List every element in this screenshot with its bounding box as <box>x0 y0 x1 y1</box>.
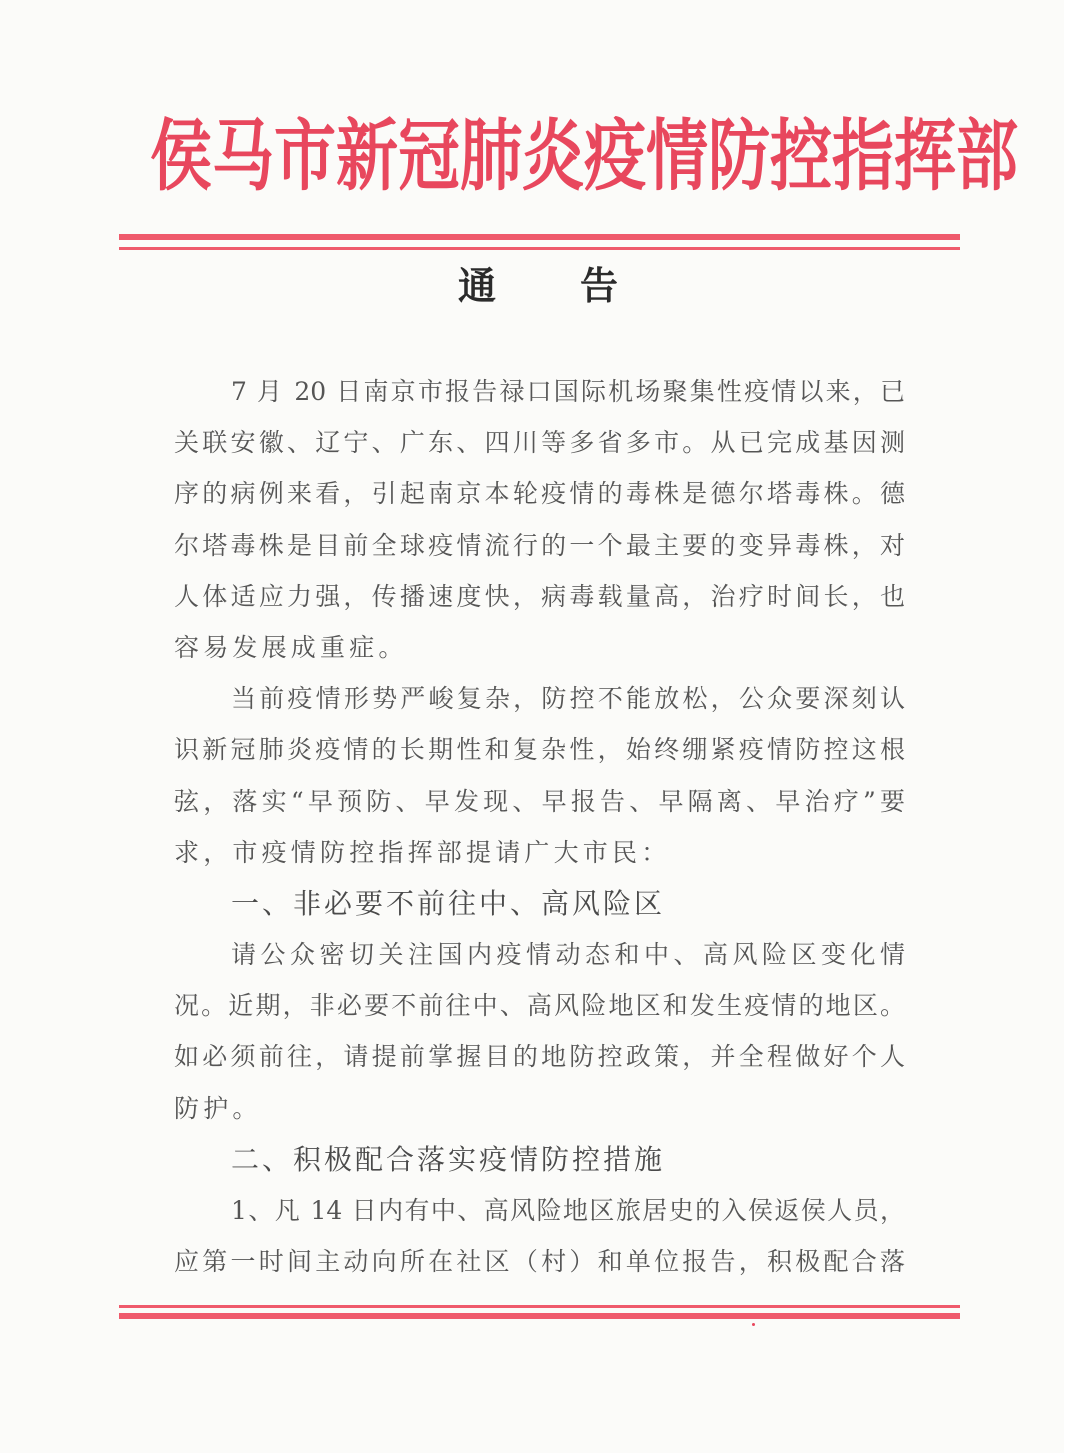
paragraph-line: 人体适应力强，传播速度快，病毒载量高，治疗时间长，也 <box>174 571 905 622</box>
document-page: 侯马市新冠肺炎疫情防控指挥部 通 告 7 月 20 日南京市报告禄口国际机场聚集… <box>0 0 1064 1453</box>
paragraph-line: 应第一时间主动向所在社区（村）和单位报告，积极配合落 <box>174 1236 905 1287</box>
paragraph-line: 1、凡 14 日内有中、高风险地区旅居史的入侯返侯人员， <box>174 1185 905 1236</box>
paragraph-line: 关联安徽、辽宁、广东、四川等多省多市。从已完成基因测 <box>174 417 905 468</box>
notice-title: 通 告 <box>458 262 618 310</box>
paragraph-line: 7 月 20 日南京市报告禄口国际机场聚集性疫情以来，已 <box>174 366 905 417</box>
paragraph-line: 序的病例来看，引起南京本轮疫情的毒株是德尔塔毒株。德 <box>174 468 905 519</box>
paragraph-line: 当前疫情形势严峻复杂，防控不能放松，公众要深刻认 <box>174 673 905 724</box>
header-rule-thin <box>119 247 960 250</box>
section-heading-1: 一、非必要不前往中、高风险区 <box>174 878 905 929</box>
footer-rule-thick <box>119 1313 960 1319</box>
paragraph-line: 识新冠肺炎疫情的长期性和复杂性，始终绷紧疫情防控这根 <box>174 724 905 775</box>
notice-body: 7 月 20 日南京市报告禄口国际机场聚集性疫情以来，已 关联安徽、辽宁、广东、… <box>174 366 905 1287</box>
paragraph-line: 况。近期，非必要不前往中、高风险地区和发生疫情的地区。 <box>174 980 905 1031</box>
paragraph-line: 弦，落实“早预防、早发现、早报告、早隔离、早治疗”要 <box>174 776 905 827</box>
paragraph-line: 请公众密切关注国内疫情动态和中、高风险区变化情 <box>174 929 905 980</box>
organization-title: 侯马市新冠肺炎疫情防控指挥部 <box>150 94 930 219</box>
section-heading-2: 二、积极配合落实疫情防控措施 <box>174 1134 905 1185</box>
paragraph-line: 防护。 <box>174 1083 905 1134</box>
paragraph-line: 如必须前往，请提前掌握目的地防控政策，并全程做好个人 <box>174 1031 905 1082</box>
paragraph-line: 容易发展成重症。 <box>174 622 905 673</box>
ink-speck <box>752 1323 755 1326</box>
footer-rule-thin <box>119 1305 960 1308</box>
header-rule-thick <box>119 234 960 240</box>
paragraph-line: 尔塔毒株是目前全球疫情流行的一个最主要的变异毒株，对 <box>174 520 905 571</box>
paragraph-line: 求，市疫情防控指挥部提请广大市民： <box>174 827 905 878</box>
